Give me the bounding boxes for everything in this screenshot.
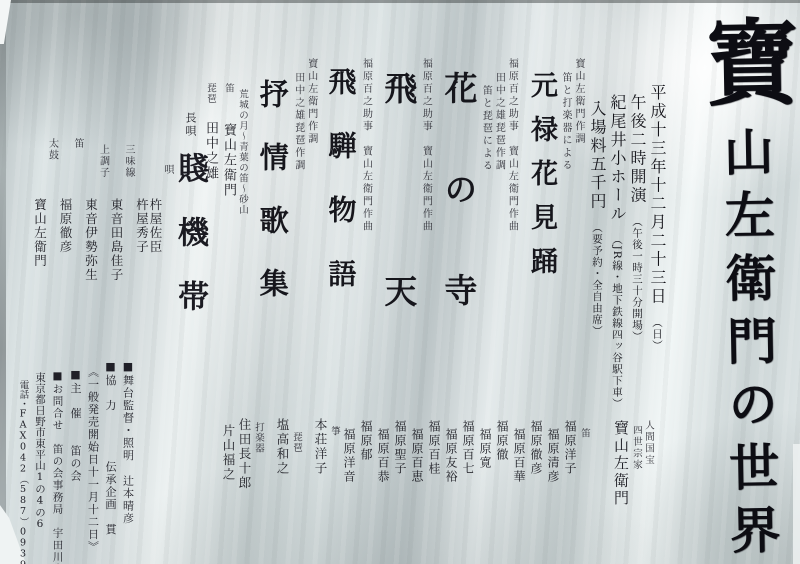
percussion-performer: 片山福之 — [220, 424, 236, 562]
headliner-honor-1: 人間国宝 — [642, 420, 654, 550]
piece-4-note: 福原百之助事 寶山左衛門作曲 — [359, 58, 372, 365]
main-title-column: 寶 山左衛門の世界 — [695, 13, 799, 561]
fue-player: 福原徹 — [493, 420, 510, 562]
cooperation-column: ■協 力 伝承企画 貫 — [103, 360, 118, 564]
main-title-kanji-takara: 寶 — [687, 13, 799, 109]
event-time: 午後二時開演 — [628, 94, 647, 205]
cooperation-name: 伝承企画 貫 — [104, 417, 117, 536]
piece-2-note: 笛と琵琶による — [479, 85, 492, 365]
fue-role-group: 笛 福原徹彦 — [59, 112, 84, 362]
koto-group: 箏 本荘洋子 — [312, 414, 340, 562]
headliner-block: 人間国宝 四世宗家 寶山左衛門 — [606, 420, 654, 550]
taiko-performer: 寶山左衛門 — [33, 198, 47, 362]
piece-5-subtitle: 荒城の月～青葉の笛～砂山 — [236, 89, 249, 365]
main-title-rest: 山左衛門の世界 — [715, 113, 782, 564]
event-venue-note: （JR線・地下鉄線四ッ谷駅下車） — [611, 231, 623, 409]
stage-director-label: ■舞台監督・照明 — [122, 360, 135, 462]
fue-player: 福原清彦 — [544, 428, 561, 562]
fue-player: 福原洋音 — [340, 428, 357, 562]
piece-2-title: 花の寺 — [440, 71, 475, 365]
event-time-column: 午後二時開演 （午後一時三十分開場） — [627, 94, 647, 374]
nagauta-block: 長唄 賤機帯 唄 杵屋佐臣 杵屋秀子 三味線 東音田島佳子 上調子 東音伊勢弥生… — [32, 112, 207, 362]
piece-5-fue-credit: 笛 寶山左衛門 — [220, 83, 236, 365]
biwa-performer: 塩高和之 — [274, 418, 290, 562]
nagauta-title-column: 長唄 賤機帯 — [173, 112, 207, 362]
taiko-role-group: 太鼓 寶山左衛門 — [33, 112, 58, 362]
piece-3-title: 飛天 — [380, 71, 415, 365]
fue-player: 福原徹彦 — [527, 420, 544, 562]
uta-role-group: 唄 杵屋佐臣 杵屋秀子 — [135, 112, 173, 362]
fue-player: 福原聖子 — [391, 420, 408, 562]
piece-5-title: 抒情歌集 — [257, 79, 288, 365]
piece-1-title: 元禄花見踊 — [526, 71, 555, 365]
piece-2-note: 田中之雄琵琶作調 — [492, 72, 505, 365]
uwajoshi-performer: 東音伊勢弥生 — [84, 198, 98, 362]
uta-performer: 杵屋佐臣 — [149, 198, 163, 362]
organizer-name: 笛の会 — [69, 425, 82, 483]
event-venue-column: 紀尾井小ホール （JR線・地下鉄線四ッ谷駅下車） — [607, 94, 627, 374]
event-info-block: 平成十三年十二月二十三日 （日） 午後二時開演 （午後一時三十分開場） 紀尾井小… — [587, 84, 667, 374]
biwa-group: 琵琶 塩高和之 — [274, 414, 302, 562]
ensemble-fue-label: 笛 — [578, 428, 590, 562]
organizer-column: ■主 催 笛の会 — [68, 368, 83, 564]
event-date-note: （日） — [651, 314, 663, 352]
shamisen-performer: 東音田島佳子 — [110, 198, 124, 362]
event-price-note: （要予約・全自由席） — [591, 219, 603, 337]
fue-player: 福原洋子 — [561, 420, 578, 562]
concert-flyer-scan: 寶 山左衛門の世界 平成十三年十二月二十三日 （日） 午後二時開演 （午後一時三… — [0, 0, 800, 564]
event-date: 平成十三年十二月二十三日 — [648, 84, 667, 306]
program-block: 寶山左衛門作調 笛と打楽器による 元禄花見踊 福原百之助事 寶山左衛門作曲 田中… — [200, 55, 585, 365]
fue-player: 福原百七 — [459, 420, 476, 562]
fue-performer: 福原徹彦 — [59, 198, 73, 362]
event-venue: 紀尾井小ホール — [608, 94, 627, 224]
nagauta-piece-title: 賤機帯 — [172, 143, 208, 344]
organizer-label: ■主 催 — [69, 368, 82, 420]
headliner-name: 寶山左衛門 — [611, 420, 630, 550]
fue-player: 福原百桂 — [425, 420, 442, 562]
fue-player: 福原寛 — [476, 428, 493, 562]
scan-edge-left — [0, 0, 6, 564]
biwa-role-label: 琵琶 — [290, 432, 302, 562]
fue-player: 福原百華 — [510, 428, 527, 562]
ensemble-block: 笛 福原洋子 福原清彦 福原徹彦 福原百華 福原徹 福原寛 福原百七 福原友裕 … — [210, 414, 590, 562]
piece-3-note: 福原百之助事 寶山左衛門作曲 — [419, 58, 432, 365]
shamisen-role-label: 三味線 — [123, 144, 134, 362]
uwajoshi-role-group: 上調子 東音伊勢弥生 — [84, 112, 109, 362]
uta-performer: 杵屋秀子 — [135, 198, 149, 362]
fue-player: 福原友裕 — [442, 428, 459, 562]
nagauta-genre-label: 長唄 — [184, 112, 197, 138]
percussion-performer: 住田長十郎 — [236, 418, 252, 562]
fue-role-label: 笛 — [72, 138, 83, 362]
event-price: 入場料五千円 — [588, 100, 607, 211]
percussion-role-label: 打楽器 — [252, 422, 264, 562]
inquiry-line: ■お問合せ 笛の会事務局 宇田川恵 — [50, 370, 65, 564]
koto-role-label: 箏 — [328, 426, 340, 562]
credits-block: ■舞台監督・照明 辻本晴彦 ■協 力 伝承企画 貫 《一般発売開始日十一月十二日… — [12, 358, 135, 564]
fue-player: 福原百恵 — [408, 428, 425, 562]
piece-5-note: 寶山左衛門作調 — [305, 58, 318, 365]
contact-address: 東京都日野市東平山1の4の6 — [33, 372, 48, 564]
fue-player: 福原百恭 — [374, 428, 391, 562]
ticket-sales-note: 《一般発売開始日十一月十二日》 — [85, 366, 100, 564]
shamisen-role-group: 三味線 東音田島佳子 — [110, 112, 135, 362]
main-title-calligraphy: 寶 山左衛門の世界 — [695, 13, 799, 561]
piece-2-note: 福原百之助事 寶山左衛門作曲 — [505, 58, 518, 365]
piece-4-title: 飛騨物語 — [326, 67, 356, 365]
stage-director-column: ■舞台監督・照明 辻本晴彦 — [120, 360, 135, 564]
stage-director-name: 辻本晴彦 — [122, 467, 135, 525]
fue-role-label: 笛 — [223, 83, 234, 94]
piece-1-note: 笛と打楽器による — [559, 72, 572, 365]
uwajoshi-role-label: 上調子 — [98, 144, 109, 362]
contact-phone-fax: 電話・FAX042（587）0939 — [15, 380, 30, 564]
piece-5-note: 田中之雄琵琶作調 — [292, 72, 305, 365]
event-price-column: 入場料五千円 （要予約・全自由席） — [587, 100, 607, 374]
fue-player-name: 寶山左衛門 — [221, 99, 236, 198]
biwa-role-label: 琵琶 — [205, 83, 216, 104]
taiko-role-label: 太鼓 — [47, 138, 58, 362]
cooperation-label: ■協 力 — [104, 360, 117, 412]
event-time-note: （午後一時三十分開場） — [631, 213, 643, 343]
koto-performer: 本荘洋子 — [312, 418, 328, 562]
event-date-column: 平成十三年十二月二十三日 （日） — [647, 84, 667, 374]
percussion-group: 打楽器 住田長十郎 片山福之 — [220, 414, 264, 562]
piece-1-note: 寶山左衛門作調 — [572, 58, 585, 365]
scan-edge-top — [0, 0, 800, 3]
fue-player: 福原郁 — [357, 420, 374, 562]
headliner-honor-2: 四世宗家 — [630, 425, 642, 550]
